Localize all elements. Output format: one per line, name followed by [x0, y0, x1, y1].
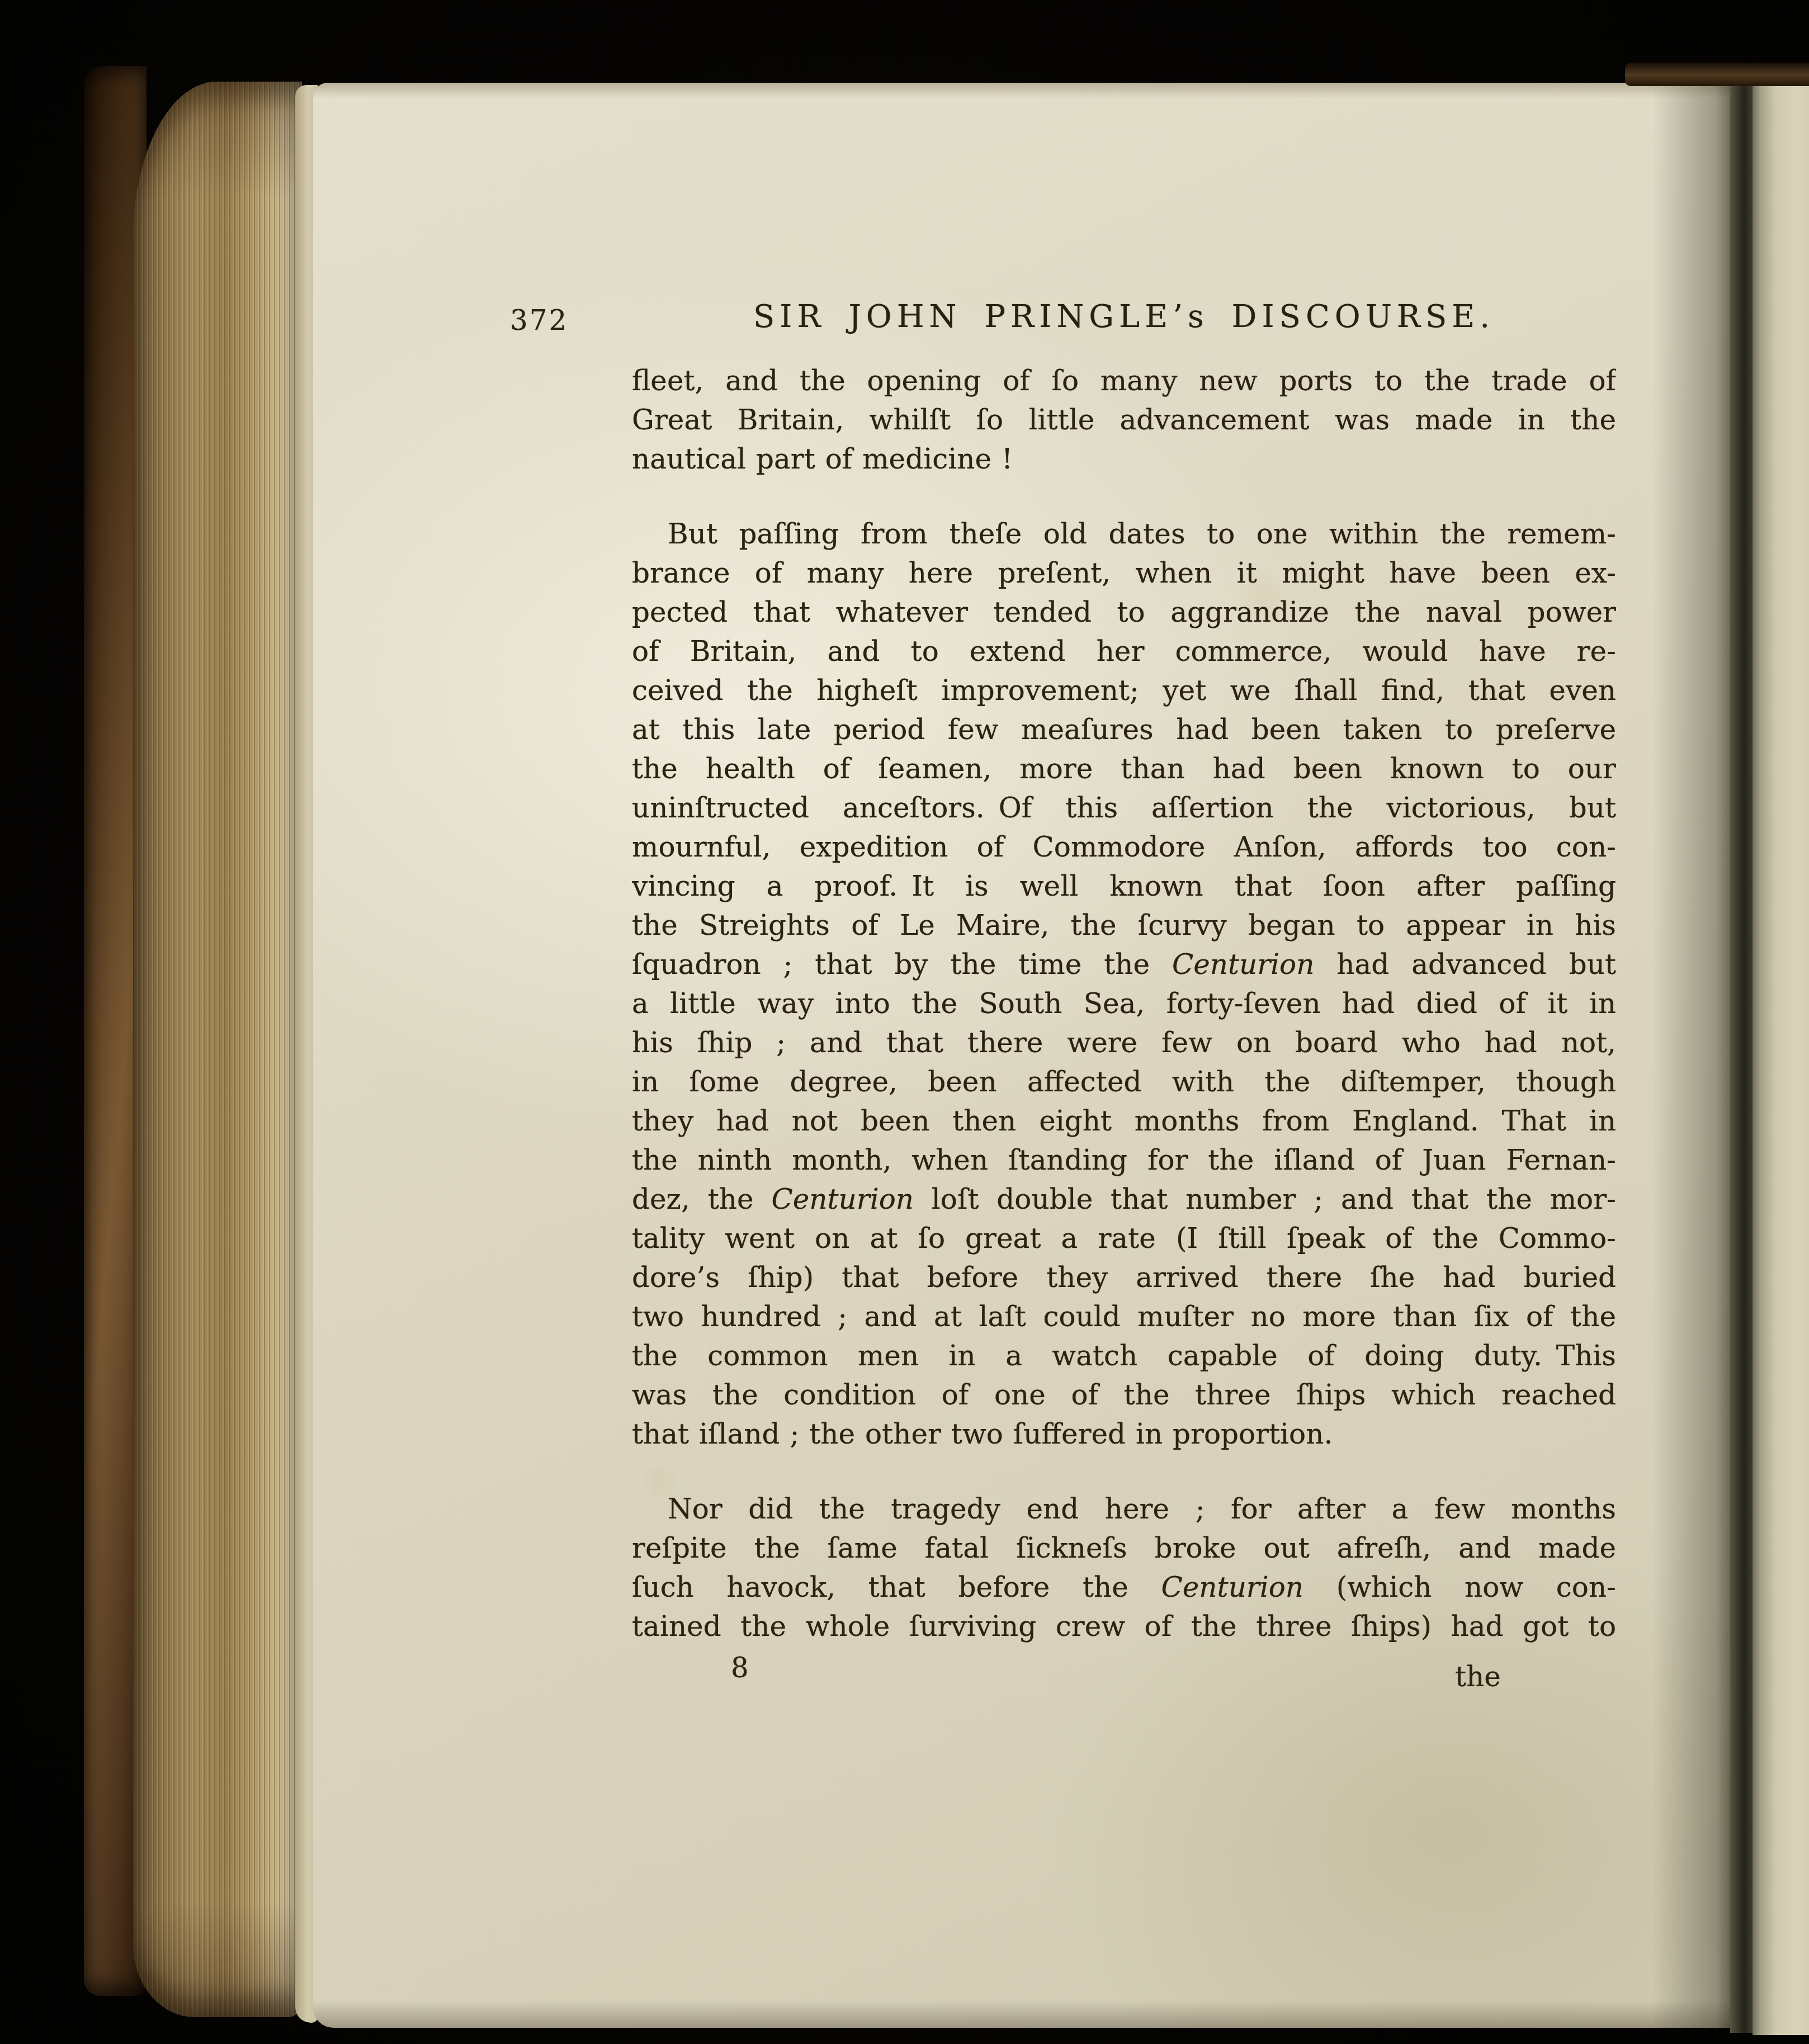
text-segment: in ſome degree, been affected with the d… — [632, 1066, 1616, 1098]
signature-mark: 8 — [731, 1652, 749, 1684]
text-line: Great Britain, whilſt ſo little advancem… — [632, 400, 1616, 439]
text-line: that iſland ; the other two ſuffered in … — [632, 1414, 1616, 1454]
italic-ship-name: Centurion — [1172, 948, 1315, 981]
text-segment: tained the whole ſurviving crew of the t… — [632, 1610, 1616, 1643]
text-block: fleet, and the opening of ſo many new po… — [632, 361, 1616, 1646]
text-line: two hundred ; and at laſt could muſter n… — [632, 1297, 1616, 1336]
text-line: ceived the higheſt improvement; yet we ſ… — [632, 671, 1616, 710]
text-segment: the Streights of Le Maire, the ſcurvy be… — [632, 909, 1616, 941]
facing-page-edge — [1753, 79, 1809, 2035]
text-line: ſquadron ; that by the time the Centurio… — [632, 945, 1616, 984]
text-segment: dore’s ſhip) that before they arrived th… — [632, 1261, 1616, 1294]
text-segment: two hundred ; and at laſt could muſter n… — [632, 1300, 1616, 1333]
text-segment: uninſtructed anceſtors. Of this aſſertio… — [632, 792, 1616, 824]
text-line: the ninth month, when ſtanding for the i… — [632, 1141, 1616, 1180]
text-line: brance of many here preſent, when it mig… — [632, 553, 1616, 593]
text-segment: had advanced but — [1314, 948, 1616, 981]
book-top-edge — [1625, 63, 1809, 86]
text-line: reſpite the ſame fatal ſickneſs broke ou… — [632, 1529, 1616, 1568]
text-segment: tality went on at ſo great a rate (I ſti… — [632, 1222, 1616, 1255]
text-segment: of Britain, and to extend her commerce, … — [632, 635, 1616, 668]
text-segment: was the condition of one of the three ſh… — [632, 1379, 1616, 1411]
text-segment: vincing a proof. It is well known that ſ… — [632, 870, 1616, 902]
text-segment: reſpite the ſame fatal ſickneſs broke ou… — [632, 1532, 1616, 1564]
text-line: vincing a proof. It is well known that ſ… — [632, 867, 1616, 906]
italic-ship-name: Centurion — [1161, 1571, 1303, 1603]
book-page: 372 SIR JOHN PRINGLE’s DISCOURSE. fleet,… — [313, 83, 1730, 2028]
text-line: pected that whatever tended to aggrandiz… — [632, 593, 1616, 632]
paragraph: But paſſing from theſe old dates to one … — [632, 514, 1616, 1454]
paragraph: Nor did the tragedy end here ; for after… — [632, 1489, 1616, 1646]
text-line: fleet, and the opening of ſo many new po… — [632, 361, 1616, 400]
catchword: the — [1455, 1660, 1501, 1693]
running-title: SIR JOHN PRINGLE’s DISCOURSE. — [632, 299, 1616, 335]
text-segment: loſt double that number ; and that the m… — [914, 1183, 1616, 1215]
text-segment: the health of ſeamen, more than had been… — [632, 753, 1616, 785]
text-line: the common men in a watch capable of doi… — [632, 1336, 1616, 1375]
text-segment: Great Britain, whilſt ſo little advancem… — [632, 404, 1616, 436]
text-line: they had not been then eight months from… — [632, 1101, 1616, 1141]
text-line: the Streights of Le Maire, the ſcurvy be… — [632, 906, 1616, 945]
text-line: nautical part of medicine ! — [632, 439, 1616, 479]
text-segment: ſquadron ; that by the time the — [632, 948, 1172, 981]
text-segment: the ninth month, when ſtanding for the i… — [632, 1144, 1616, 1176]
text-segment: brance of many here preſent, when it mig… — [632, 557, 1616, 589]
text-segment: that iſland ; the other two ſuffered in … — [632, 1418, 1333, 1450]
text-segment: mournful, expedition of Commodore Anſon,… — [632, 831, 1616, 863]
text-line: was the condition of one of the three ſh… — [632, 1375, 1616, 1414]
text-line: tality went on at ſo great a rate (I ſti… — [632, 1219, 1616, 1258]
text-segment: Nor did the tragedy end here ; for after… — [668, 1493, 1616, 1525]
text-segment: dez, the — [632, 1183, 771, 1215]
book-photo: 372 SIR JOHN PRINGLE’s DISCOURSE. fleet,… — [0, 0, 1809, 2044]
text-segment: ſuch havock, that before the — [632, 1571, 1161, 1603]
text-line: tained the whole ſurviving crew of the t… — [632, 1607, 1616, 1646]
text-segment: a little way into the South Sea, forty-ſ… — [632, 987, 1616, 1020]
text-line: Nor did the tragedy end here ; for after… — [632, 1489, 1616, 1529]
text-segment: the common men in a watch capable of doi… — [632, 1340, 1616, 1372]
text-line: But paſſing from theſe old dates to one … — [632, 514, 1616, 553]
text-segment: pected that whatever tended to aggrandiz… — [632, 596, 1616, 628]
page-gutter — [1730, 82, 1753, 2033]
text-line: the health of ſeamen, more than had been… — [632, 749, 1616, 788]
text-line: dore’s ſhip) that before they arrived th… — [632, 1258, 1616, 1297]
text-line: dez, the Centurion loſt double that numb… — [632, 1180, 1616, 1219]
paragraph: fleet, and the opening of ſo many new po… — [632, 361, 1616, 479]
text-segment: his ſhip ; and that there were few on bo… — [632, 1026, 1616, 1059]
text-line: at this late period few meaſures had bee… — [632, 710, 1616, 749]
text-line: of Britain, and to extend her commerce, … — [632, 632, 1616, 671]
text-line: a little way into the South Sea, forty-ſ… — [632, 984, 1616, 1023]
text-segment: (which now con- — [1303, 1571, 1616, 1603]
text-segment: at this late period few meaſures had bee… — [632, 713, 1616, 746]
page-number: 372 — [510, 304, 568, 337]
text-segment: But paſſing from theſe old dates to one … — [668, 518, 1616, 550]
text-line: uninſtructed anceſtors. Of this aſſertio… — [632, 788, 1616, 827]
text-segment: fleet, and the opening of ſo many new po… — [632, 365, 1616, 397]
text-segment: nautical part of medicine ! — [632, 443, 1013, 475]
text-segment: they had not been then eight months from… — [632, 1105, 1616, 1137]
text-line: ſuch havock, that before the Centurion (… — [632, 1568, 1616, 1607]
text-line: his ſhip ; and that there were few on bo… — [632, 1023, 1616, 1062]
italic-ship-name: Centurion — [771, 1183, 914, 1215]
text-line: mournful, expedition of Commodore Anſon,… — [632, 827, 1616, 867]
text-segment: ceived the higheſt improvement; yet we ſ… — [632, 674, 1616, 707]
page-edge-stack — [133, 82, 302, 2017]
text-line: in ſome degree, been affected with the d… — [632, 1062, 1616, 1101]
